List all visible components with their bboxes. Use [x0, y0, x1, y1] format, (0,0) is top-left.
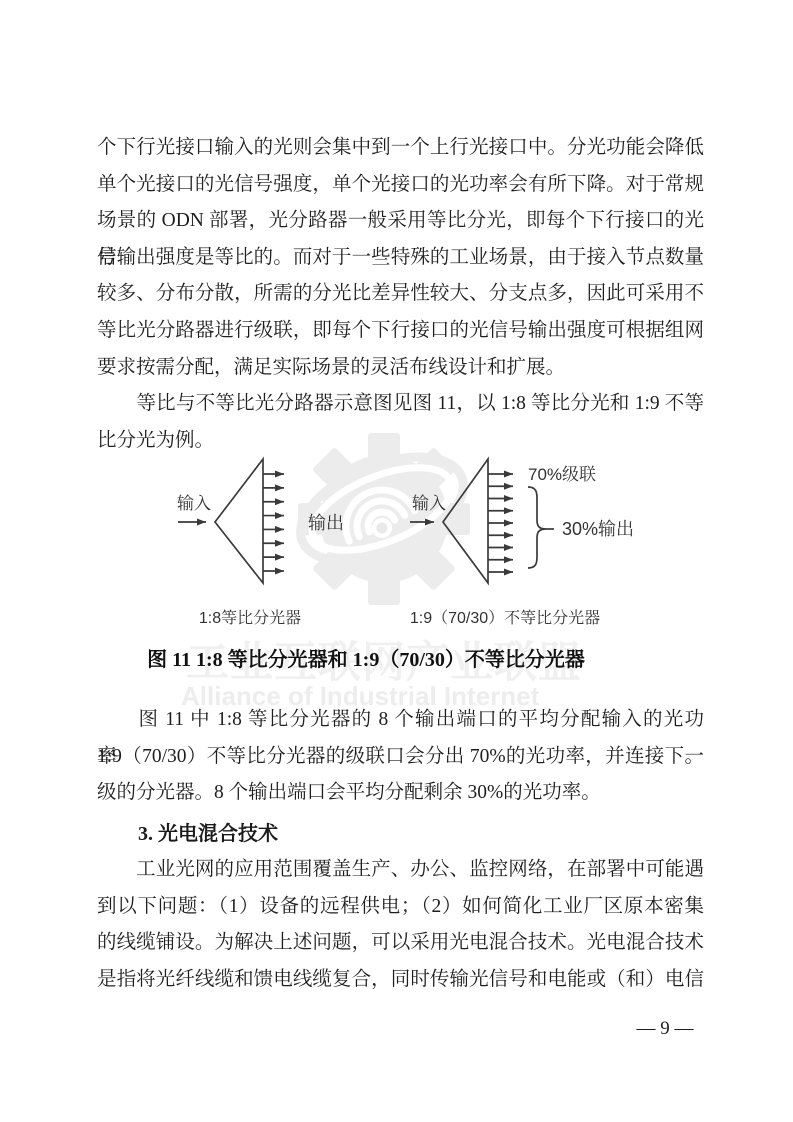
paragraph-3: 图 11 中 1:8 等比分光器的 8 个输出端口的平均分配输入的光功率。1:9…	[97, 702, 704, 812]
left-output-label: 输出	[308, 513, 344, 533]
section-heading: 3. 光电混合技术	[97, 816, 704, 853]
paragraph-1: 个下行光接口输入的光则会集中到一个上行光接口中。分光功能会降低单个光接口的光信号…	[97, 130, 704, 386]
text-line: 个下行光接口输入的光则会集中到一个上行光接口中。分光功能会降低	[97, 130, 704, 167]
paragraph-4: 工业光网的应用范围覆盖生产、办公、监控网络，在部署中可能遇到以下问题：（1）设备…	[97, 852, 704, 998]
text-line: 工业光网的应用范围覆盖生产、办公、监控网络，在部署中可能遇	[97, 852, 704, 889]
unequal-splitter-diagram: 输入 70%级联 30%输出	[400, 445, 650, 595]
text-line: 号输出强度是等比的。而对于一些特殊的工业场景，由于接入节点数量	[97, 240, 704, 277]
text-line: 较多、分布分散，所需的分光比差异性较大、分支点多，因此可采用不	[97, 276, 704, 313]
page-number: — 9 —	[580, 1018, 750, 1040]
text-line: 级的分光器。8 个输出端口会平均分配剩余 30%的光功率。	[97, 775, 704, 812]
text-line: 等比光分路器进行级联，即每个下行接口的光信号输出强度可根据组网	[97, 313, 704, 350]
text-line: 图 11 中 1:8 等比分光器的 8 个输出端口的平均分配输入的光功率。	[97, 702, 704, 739]
right-splitter-triangle	[443, 459, 488, 583]
text-line: 的线缆铺设。为解决上述问题，可以采用光电混合技术。光电混合技术	[97, 925, 704, 962]
text-line: 到以下问题：（1）设备的远程供电；（2）如何简化工业厂区原本密集	[97, 889, 704, 926]
right-output-arrows	[488, 474, 513, 572]
text-line: 等比与不等比光分路器示意图见图 11，以 1:8 等比分光和 1:9 不等	[97, 386, 704, 423]
left-input-label: 输入	[177, 494, 211, 513]
text-line: 1:9（70/30）不等比分光器的级联口会分出 70%的光功率，并连接下一	[97, 739, 704, 776]
text-line: 单个光接口的光信号强度，单个光接口的光功率会有所下降。对于常规	[97, 167, 704, 204]
equal-splitter-diagram: 输入 输出	[160, 445, 360, 595]
text-line: 是指将光纤线缆和馈电线缆复合，同时传输光信号和电能或（和）电信	[97, 962, 704, 999]
document-page: 工业互联网产业联盟 Alliance of Industrial Interne…	[0, 0, 793, 1122]
cascade-label: 70%级联	[528, 465, 596, 484]
text-line: 要求按需分配，满足实际场景的灵活布线设计和扩展。	[97, 350, 704, 387]
left-splitter-caption: 1:8等比分光器	[160, 605, 340, 628]
left-output-arrows	[263, 474, 284, 571]
right-input-label: 输入	[412, 494, 446, 513]
left-splitter-triangle	[215, 459, 263, 583]
figure-caption: 图 11 1:8 等比分光器和 1:9（70/30）不等比分光器	[0, 643, 732, 672]
output-group-brace	[528, 487, 546, 568]
right-output-label: 30%输出	[562, 519, 634, 539]
right-splitter-caption: 1:9（70/30）不等比分光器	[395, 605, 615, 628]
text-line: 场景的 ODN 部署，光分路器一般采用等比分光，即每个下行接口的光信	[97, 203, 704, 240]
